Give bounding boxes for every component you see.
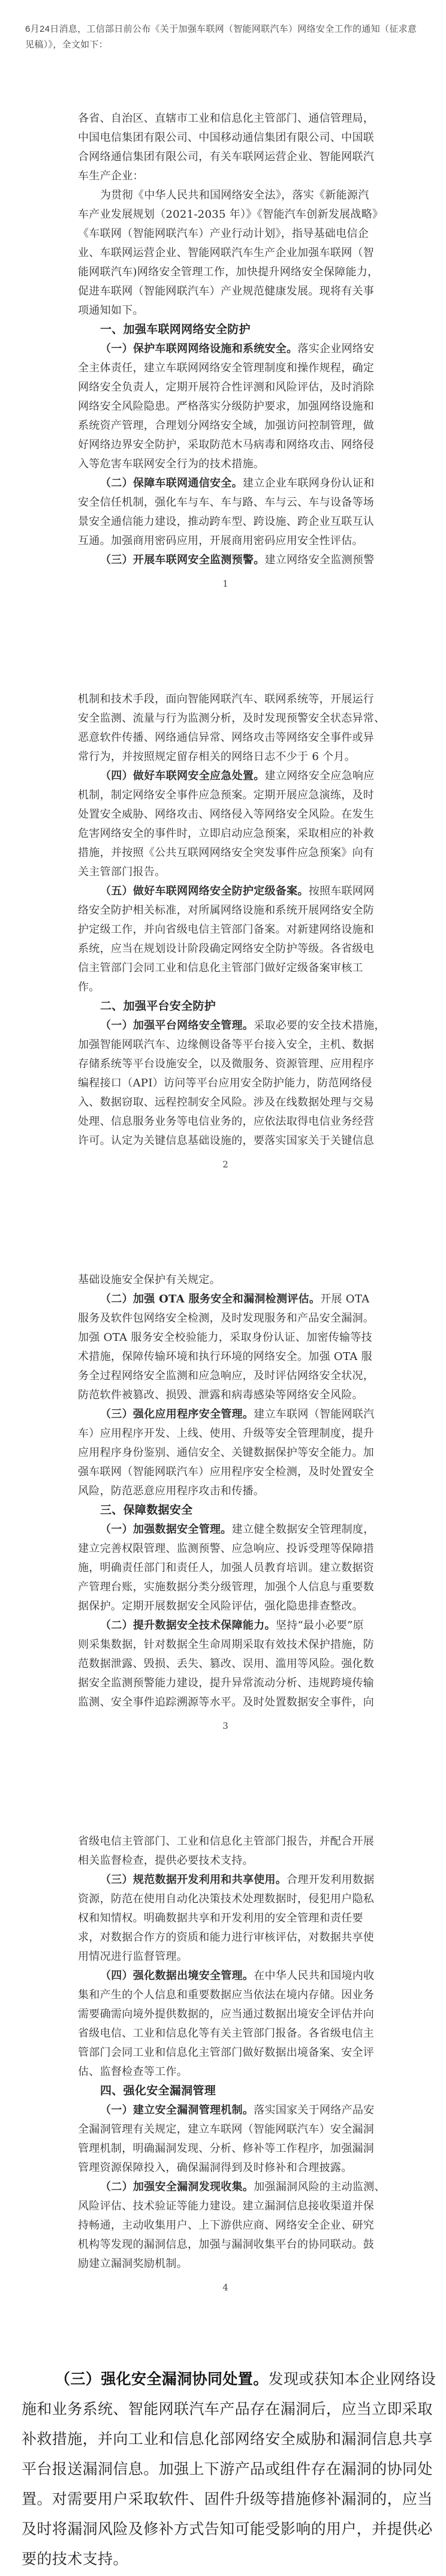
clause-heading: （一）建立安全漏洞管理机制。 [100,2104,254,2116]
document-line: 项通知如下。 [78,301,373,320]
document-line: （一）加强平台网络安全管理。采取必要的安全技术措施， [78,1016,373,1035]
document-line: 络安全防护相关标准，对所属网络设施和系统开展网络安全防 [78,901,373,920]
document-line: 管部门会同工业和信息化主管部门做好数据出境备案、安全评 [78,2043,373,2062]
document-line: 管理资源保障投入，确保漏洞得到及时修补和合理披露。 [78,2158,373,2178]
document-line: 措施，并按照《公共互联网网络安全突发事件应急预案》向有 [78,843,373,863]
clause-heading: （二）加强 OTA 服务安全和漏洞检测评估。 [100,1293,320,1305]
clause-heading: （一）保护车联网网络设施和系统安全。 [100,343,297,355]
document-line: 估、监督检查等工作。 [78,2062,373,2082]
document-line: 安全监测、流量与行为监测分析，及时发现预警安全状态异常、 [78,709,373,728]
document-line: 安全信任机制，强化车与车、车与路、车与云、车与设备等场 [78,493,373,512]
document-line: 恶意软件传播、网络通信异常、网络攻击等网络安全事件或异 [78,728,373,747]
document-line: （二）提升数据安全技术保障能力。坚持“最小必要”原 [78,1616,373,1635]
clause-heading: （一）加强平台网络安全管理。 [100,1019,254,1032]
document-line: 资源，防范在使用自动化决策技术处理数据时，侵犯用户隐私 [78,1890,373,1909]
document-line: （一）保护车联网网络设施和系统安全。落实企业网络安 [78,340,373,359]
document-line: 范数据泄露、毁损、丢失、篡改、误用、滥用等风险。强化数 [78,1655,373,1674]
document-line: 关主管部门报告。 [78,863,373,882]
document-line: 省级电信、工业和信息化等有关主管部门报备。各省级电信主 [78,2024,373,2043]
document-line: 相关监督检查，提供必要技术支持。 [78,1851,373,1871]
document-line: 务全过程网络安全监测和应急响应，及时评估网络安全状况， [78,1367,373,1386]
document-line: 编程接口（API）访问等平台应用安全防护能力，防范网络侵 [78,1074,373,1093]
clause-heading: （三）开展车联网安全监测预警。 [100,554,265,566]
document-line: 加强 OTA 服务安全校验能力，采取身份认证、加密传输等技 [78,1328,373,1347]
section-heading: 一、加强车联网网络安全防护 [78,320,373,340]
document-line: 中国电信集团有限公司、中国移动通信集团有限公司、中国联 [78,128,373,148]
clause-heading: （一）加强数据安全管理。 [100,1523,232,1536]
document-line: 危害网络安全的事件时，立即启动应急预案，采取相应的补救 [78,824,373,843]
document-line: 业、车联网运营企业、智能网联汽车生产企业加强车联网（智 [78,244,373,263]
document-line: （三）强化安全漏洞协同处置。发现或获知本企业网络设 [22,2364,441,2394]
document-page: 省级电信主管部门、工业和信息化主管部门报告，并配合开展相关监督检查，提供必要技术… [78,1832,373,2274]
document-line: 机制，制定网络安全事件应急预案。定期开展应急演练，及时 [78,786,373,805]
document-page: 机制和技术手段，面向智能网联汽车、联网系统等，开展运行安全监测、流量与行为监测分… [78,690,373,1151]
document-line: 省级电信主管部门、工业和信息化主管部门报告，并配合开展 [78,1832,373,1851]
section-heading: 三、保障数据安全 [78,1501,373,1520]
document-line: 及时将漏洞风险及修补方式告知可能受影响的用户，并提供必 [22,2514,441,2544]
document-line: 存储系统等平台设施安全，以及微服务、资源管理、应用程序 [78,1055,373,1074]
clause-heading: （四）强化数据出境安全管理。 [100,1969,254,1982]
document-line: 加强智能网联汽车、边缘侧设备等平台接入安全，主机、数据 [78,1035,373,1055]
document-line: 据安全监测预警能力建设，提升异常流动分析、违规跨境传输 [78,1674,373,1693]
document-line: 平台报送漏洞信息。加强上下游产品或组件存在漏洞的协同处 [22,2454,441,2484]
page-number: 2 [78,1159,373,1172]
document-line: （一）加强数据安全管理。建立健全数据安全管理制度， [78,1520,373,1539]
document-line: 各省、自治区、直辖市工业和信息化主管部门、通信管理局， [78,109,373,128]
document-line: 常行为，并按照规定留存相关的网络日志不少于 6 个月。 [78,747,373,767]
document-line: 监测、安全事件追踪溯源等水平。及时处置数据安全事件，向 [78,1693,373,1712]
document-line: 则采集数据，针对数据全生命周期采取有效技术保护措施，防 [78,1635,373,1655]
document-line: 车生产企业： [78,167,373,186]
document-line: 入等危害车联网安全行为的技术措施。 [78,455,373,474]
document-line: 作。 [78,978,373,997]
document-line: 信主管部门会同工业和信息化主管部门做好定级备案审核工 [78,959,373,978]
document-line: 车）应用程序开发、上线、使用、升级等安全管理制度，提升 [78,1424,373,1443]
document-line: 车产业发展规划（2021-2035 年）》《智能汽车创新发展战略》 [78,205,373,224]
clause-heading: （三）强化安全漏洞协同处置。 [55,2370,269,2388]
document-line: 基础设施安全保护有关规定。 [78,1271,373,1290]
document-line: 施，明确责任部门和责任人，加强人员教育培训。建立数据资 [78,1559,373,1578]
document-line: 产管理台账，实施数据分类分级管理，加强个人信息与重要数 [78,1578,373,1597]
document-line: 据保护。定期开展数据安全风险评估，强化隐患排查整改。 [78,1597,373,1616]
document-line: 为贯彻《中华人民共和国网络安全法》，落实《新能源汽 [78,186,373,205]
document-line: （二）保障车联网通信安全。建立企业车联网身份认证和 [78,474,373,493]
document-line: （五）做好车联网网络安全防护定级备案。按照车联网网 [78,882,373,901]
section-heading: 四、强化安全漏洞管理 [78,2082,373,2101]
document-line: 网络安全风险隐患。严格落实分级防护要求，加强网络设施和 [78,397,373,416]
document-line: （三）强化应用程序安全管理。建立车联网（智能网联汽 [78,1405,373,1424]
document-line: 补救措施，并向工业和信息化部网络安全威胁和漏洞信息共享 [22,2424,441,2454]
clause-heading: （五）做好车联网网络安全防护定级备案。 [100,885,309,897]
section-heading: 二、加强平台安全防护 [78,997,373,1016]
document-line: （四）做好车联网安全应急处置。建立网络安全应急响应 [78,767,373,786]
document-line: 要的技术支持。 [22,2544,441,2574]
clause-heading: （四）做好车联网安全应急处置。 [100,770,265,782]
document-line: 权和知情权。明确数据共享和开发利用的安全管理和责任要 [78,1909,373,1928]
document-line: 入、数据窃取、远程控制安全风险。涉及在线数据处理与交易 [78,1093,373,1112]
document-line: 施和业务系统、智能网联汽车产品存在漏洞后，应当立即采取 [22,2394,441,2424]
document-line: 置。对需要用户采取软件、固件升级等措施修补漏洞的，应当 [22,2484,441,2514]
document-line: 风险评估、技术验证等能力建设。建立漏洞信息接收渠道并保 [78,2197,373,2216]
document-line: 应用程序身份鉴别、通信安全、关键数据保护等安全能力。加 [78,1443,373,1463]
document-line: 合网络通信集团有限公司，有关车联网运营企业、智能网联汽 [78,148,373,167]
page-number: 3 [78,1721,373,1734]
document-line: 风险，防范恶意应用程序攻击和传播。 [78,1482,373,1501]
document-line: 网络安全负责人，定期开展符合性评测和风险评估，及时消除 [78,378,373,397]
document-line: 全漏洞管理有关规定，建立车联网（智能网联汽车）安全漏洞 [78,2120,373,2139]
document-line: 景安全通信能力建设，推动跨车型、跨设施、跨企业互联互认 [78,512,373,532]
document-line: 机制和技术手段，面向智能网联汽车、联网系统等，开展运行 [78,690,373,709]
document-line: 持畅通，主动收集用户、上下游供应商、网络安全企业、研究 [78,2216,373,2235]
document-line: 服务及软件包网络安全检测，及时发现服务和产品安全漏洞。 [78,1309,373,1328]
document-line: （二）加强 OTA 服务安全和漏洞检测评估。开展 OTA [78,1290,373,1309]
document-line: 机构等发现的漏洞信息，加强与漏洞收集平台的协同联动。鼓 [78,2235,373,2254]
notice-document-image: 各省、自治区、直辖市工业和信息化主管部门、通信管理局，中国电信集团有限公司、中国… [78,109,373,2295]
page-number: 1 [78,578,373,592]
document-line: 励建立漏洞奖励机制。 [78,2254,373,2274]
document-line: 好网络边界安全防护，采取防范木马病毒和网络攻击、网络侵 [78,436,373,455]
document-line: （三）规范数据开发利用和共享使用。合理开发利用数据 [78,1871,373,1890]
clause-heading: （二）保障车联网通信安全。 [100,477,243,490]
document-line: 处置安全威胁、网络攻击、网络侵入等网络安全风险。在发生 [78,805,373,824]
document-line: （一）建立安全漏洞管理机制。落实国家关于网络产品安 [78,2101,373,2120]
document-line: （二）加强安全漏洞发现收集。加强漏洞风险的主动监测、 [78,2178,373,2197]
document-line: 全主体责任，建立车联网网络安全管理制度和操作规程，确定 [78,359,373,378]
clause-heading: （二）加强安全漏洞发现收集。 [100,2181,254,2193]
document-line: 系统资产管理，合理划分网络安全域，加强访问控制管理，做 [78,416,373,436]
document-line: 处理、信息服务业务等电信业务的，应依法取得电信业务经营 [78,1112,373,1131]
closing-section-image: （三）强化安全漏洞协同处置。发现或获知本企业网络设施和业务系统、智能网联汽车产品… [22,2364,441,2574]
page-number: 4 [78,2282,373,2295]
clause-heading: （二）提升数据安全技术保障能力。 [100,1619,276,1632]
document-line: 集和产生的个人信息和重要数据应当依法在境内存储。因业务 [78,1986,373,2005]
document-line: 术措施，保障传输环境和执行环境的网络安全。加强 OTA 服 [78,1347,373,1367]
document-line: 强车联网（智能网联汽车）应用程序安全检测，及时处置安全 [78,1463,373,1482]
document-line: 能网联汽车)网络安全管理工作，加快提升网络安全保障能力， [78,263,373,282]
article-intro: 6月24日消息，工信部日前公布《关于加强车联网（智能网联汽车）网络安全工作的通知… [0,0,446,53]
document-page: 各省、自治区、直辖市工业和信息化主管部门、通信管理局，中国电信集团有限公司、中国… [78,109,373,570]
document-line: （三）开展车联网安全监测预警。建立网络安全监测预警 [78,551,373,570]
document-line: 互通。加强商用密码应用，开展商用密码应用安全性评估。 [78,532,373,551]
document-line: 许可。认定为关键信息基础设施的，要落实国家关于关键信息 [78,1131,373,1151]
document-pages: 各省、自治区、直辖市工业和信息化主管部门、通信管理局，中国电信集团有限公司、中国… [78,109,373,2295]
document-line: （四）强化数据出境安全管理。在中华人民共和国境内收 [78,1966,373,1986]
document-line: 求，对数据合作方的资质和能力进行审核评估，对数据共享使 [78,1928,373,1947]
document-line: 系统，应当在规划设计阶段确定网络安全防护等级。各省级电 [78,939,373,959]
document-line: 护定级工作，并向省级电信主管部门备案。对新建网络设施和 [78,920,373,939]
document-page: 基础设施安全保护有关规定。（二）加强 OTA 服务安全和漏洞检测评估。开展 OT… [78,1271,373,1712]
clause-heading: （三）规范数据开发利用和共享使用。 [100,1874,287,1886]
document-line: 防范软件被篡改、损毁、泄露和病毒感染等网络安全风险。 [78,1386,373,1405]
document-line: 用情况进行监督管理。 [78,1947,373,1966]
document-line: 需要确需向境外提供数据的，应当通过数据出境安全评估并向 [78,2005,373,2024]
document-line: 建立完善权限管理、监测预警、应急响应、投诉受理等保障措 [78,1539,373,1559]
clause-heading: （三）强化应用程序安全管理。 [100,1408,254,1421]
document-line: 管理机制，明确漏洞发现、分析、修补等工作程序，加强漏洞 [78,2139,373,2158]
document-line: 促进车联网（智能网联汽车）产业规范健康发展。现将有关事 [78,282,373,301]
document-line: 《车联网（智能网联汽车）产业行动计划》，指导基础电信企 [78,224,373,244]
